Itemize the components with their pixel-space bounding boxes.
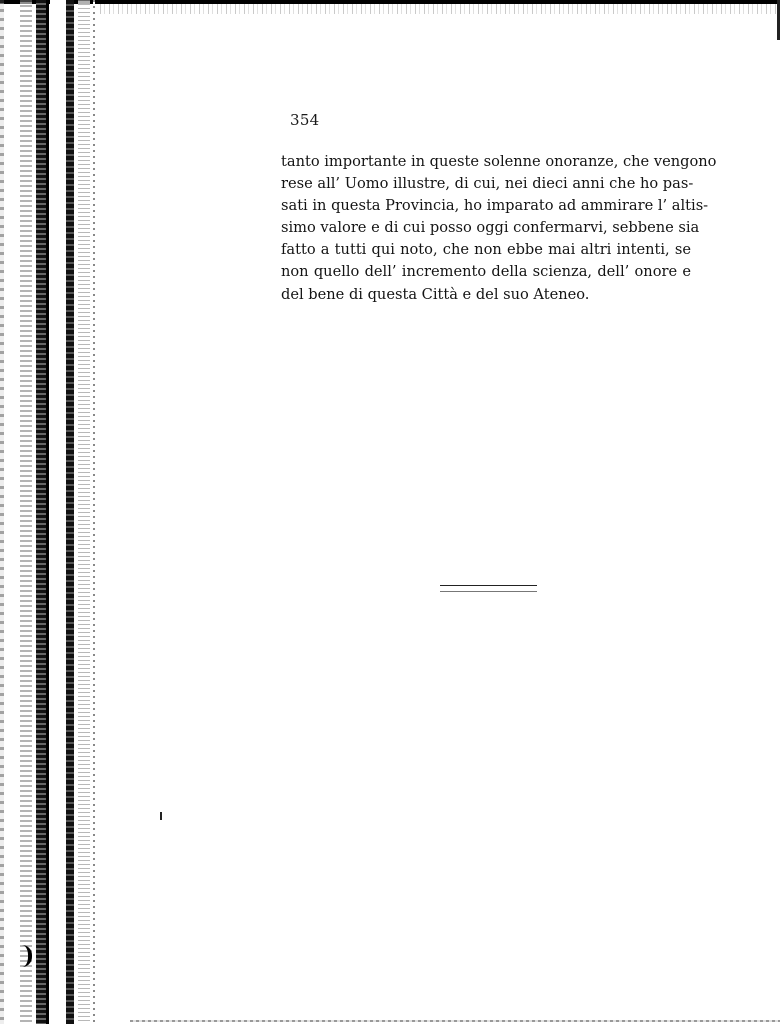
binding-band: [46, 0, 49, 1024]
binding-band: [20, 0, 32, 1024]
scan-bottom-edge: [130, 1020, 780, 1022]
book-binding-edge: [0, 0, 100, 1024]
binding-band: [66, 0, 74, 1024]
scan-artifact-speck: [160, 812, 162, 820]
text-line: simo valore e di cui posso oggi conferma…: [281, 217, 691, 239]
text-line: rese all’ Uomo illustre, di cui, nei die…: [281, 173, 691, 195]
binding-band: [36, 0, 46, 1024]
page-number: 354: [290, 111, 320, 129]
binding-band: [0, 0, 4, 1024]
text-line: tanto importante in queste solenne onora…: [281, 151, 691, 173]
scan-top-noise: [100, 4, 780, 14]
text-line: sati in questa Provincia, ho imparato ad…: [281, 195, 691, 217]
end-of-section-rule: [440, 585, 537, 592]
text-line: del bene di questa Città e del suo Atene…: [281, 284, 691, 306]
binding-band: [78, 0, 90, 1024]
binding-band: [93, 0, 95, 1024]
body-paragraph: tanto importante in queste solenne onora…: [281, 151, 691, 306]
text-line: fatto a tutti qui noto, che non ebbe mai…: [281, 239, 691, 261]
text-line: non quello dell’ incremento della scienz…: [281, 261, 691, 283]
binding-band: [50, 0, 66, 1024]
